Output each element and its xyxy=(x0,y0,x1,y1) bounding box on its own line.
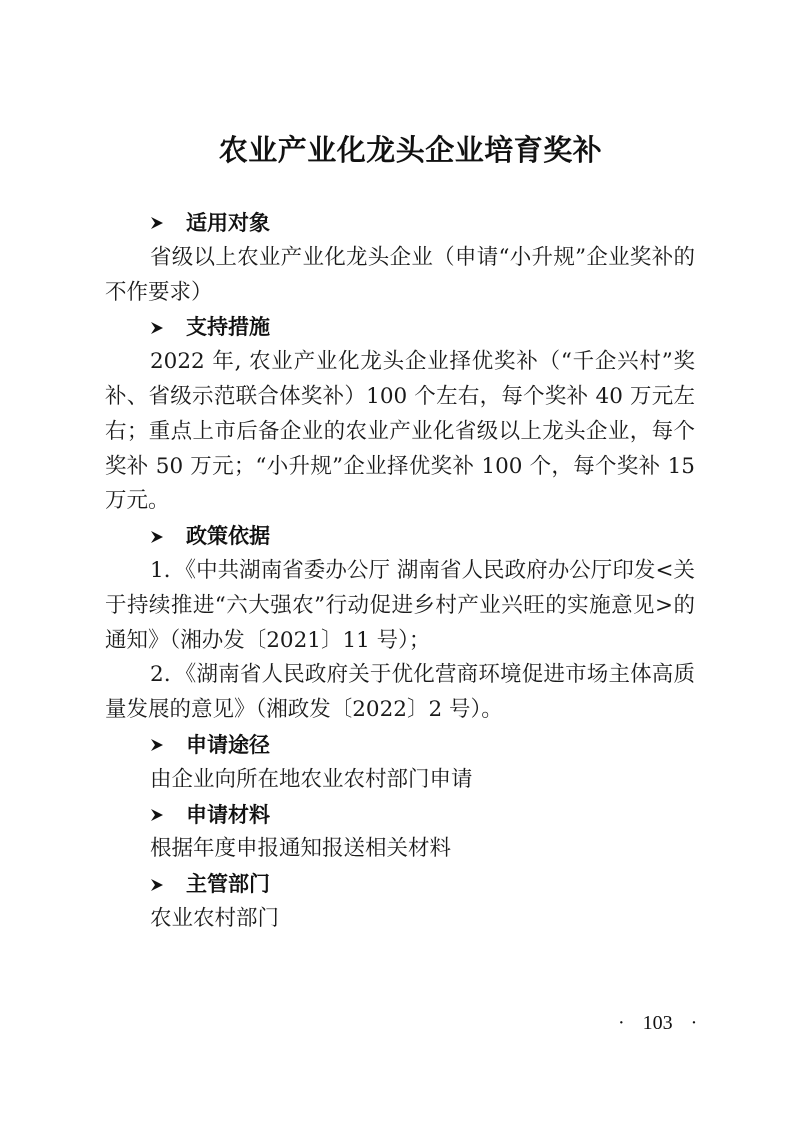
section-paragraph: 1．《中共湖南省委办公厅 湖南省人民政府办公厅印发<关于持续推进“六大强农”行动… xyxy=(105,554,695,658)
document-body: 适用对象 省级以上农业产业化龙头企业（申请“小升规”企业奖补的不作要求） 支持措… xyxy=(105,206,695,937)
arrow-bullet-icon xyxy=(150,878,164,892)
section-paragraph: 根据年度申报通知报送相关材料 xyxy=(150,832,695,867)
section-heading-support-measures: 支持措施 xyxy=(150,310,695,345)
arrow-bullet-icon xyxy=(150,216,164,230)
section-paragraph: 2．《湖南省人民政府关于优化营商环境促进市场主体高质量发展的意见》（湘政发〔20… xyxy=(105,658,695,728)
page-title: 农业产业化龙头企业培育奖补 xyxy=(0,128,793,169)
section-paragraph: 由企业向所在地农业农村部门申请 xyxy=(150,763,695,798)
section-paragraph: 农业农村部门 xyxy=(150,902,695,937)
arrow-bullet-icon xyxy=(150,321,164,335)
page-number: ·103· xyxy=(600,1012,715,1035)
section-heading-label: 申请材料 xyxy=(186,798,270,833)
document-page: 农业产业化龙头企业培育奖补 适用对象 省级以上农业产业化龙头企业（申请“小升规”… xyxy=(0,0,793,1122)
section-heading-label: 申请途径 xyxy=(186,728,270,763)
arrow-bullet-icon xyxy=(150,738,164,752)
section-heading-label: 政策依据 xyxy=(186,519,270,554)
section-heading-competent-department: 主管部门 xyxy=(150,867,695,902)
arrow-bullet-icon xyxy=(150,530,164,544)
page-number-dot-right: · xyxy=(691,1012,698,1035)
section-heading-label: 支持措施 xyxy=(186,310,270,345)
arrow-bullet-icon xyxy=(150,808,164,822)
page-number-dot-left: · xyxy=(618,1012,625,1035)
section-heading-application-materials: 申请材料 xyxy=(150,798,695,833)
section-heading-policy-basis: 政策依据 xyxy=(150,519,695,554)
section-paragraph: 2022 年, 农业产业化龙头企业择优奖补（“千企兴村”奖补、省级示范联合体奖补… xyxy=(105,345,695,519)
page-number-value: 103 xyxy=(643,1012,673,1034)
section-heading-label: 主管部门 xyxy=(186,867,270,902)
section-heading-eligibility: 适用对象 xyxy=(150,206,695,241)
section-heading-application-channel: 申请途径 xyxy=(150,728,695,763)
section-heading-label: 适用对象 xyxy=(186,206,270,241)
section-paragraph: 省级以上农业产业化龙头企业（申请“小升规”企业奖补的不作要求） xyxy=(105,241,695,311)
